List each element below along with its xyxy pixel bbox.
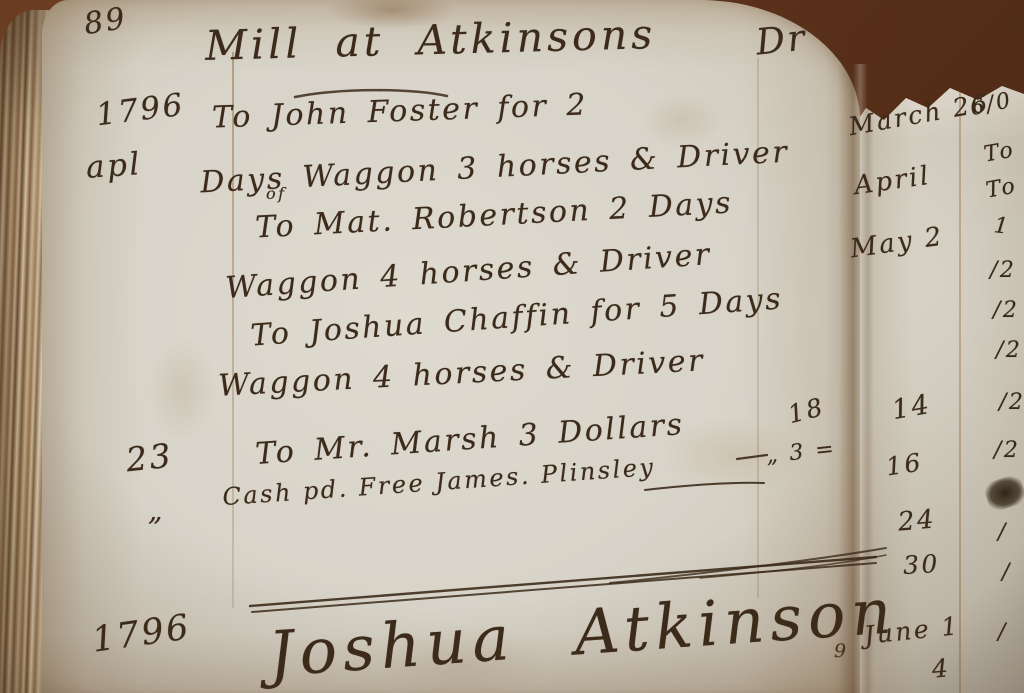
debit-abbreviation: Dr: [754, 17, 809, 63]
right-page-date: 4: [931, 653, 952, 683]
entry-2-premark: of: [266, 184, 287, 203]
page-number: 89: [82, 1, 130, 42]
entry-4-ditto-mark: „: [148, 494, 165, 527]
right-page-date: 30: [902, 549, 940, 580]
right-page-rule: [959, 92, 961, 693]
footer-side-mark: 9: [834, 640, 849, 662]
edge-fragment: /2: [990, 258, 1016, 283]
entry-4-day: 23: [124, 436, 175, 480]
edge-fragment: To: [984, 173, 1019, 203]
edge-fragment: /: [1002, 560, 1012, 585]
edge-fragment: /2: [993, 298, 1019, 323]
edge-fragment: /2: [999, 390, 1024, 415]
edge-fragment: To: [982, 137, 1017, 167]
margin-month: apl: [85, 146, 143, 186]
edge-fragment: /2: [994, 438, 1020, 463]
right-page-date: 24: [897, 504, 938, 537]
edge-fragment: /2: [996, 338, 1022, 363]
right-page-date: 16: [884, 448, 924, 482]
edge-fragment: 1: [993, 213, 1012, 240]
edge-fragment: /: [998, 620, 1008, 645]
edge-fragment: /: [998, 520, 1008, 545]
margin-rule-line: [232, 52, 234, 608]
ledger-photograph: 89 Mill at Atkinsons Dr 1796 apl To John…: [0, 0, 1024, 693]
